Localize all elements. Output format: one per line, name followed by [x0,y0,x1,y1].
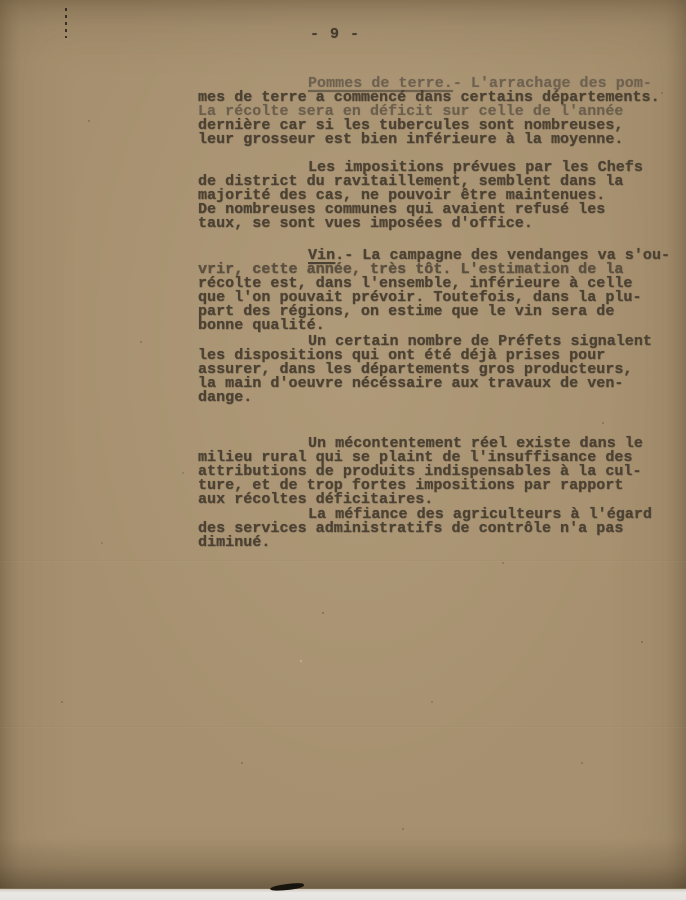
paragraph-prefets: Un certain nombre de Préfets signalentle… [198,335,670,405]
paper-texture-specks [0,0,2,2]
paragraph-vin: Vin.- La campagne des vendanges va s'ou-… [198,249,670,333]
text-line: la main d'oeuvre nécéssaire aux travaux … [198,377,670,391]
text-segment: bonne qualité. [198,317,325,334]
paragraph-impositions: Les impositions prévues par les Chefsde … [198,161,670,231]
text-line: leur grosseur est bien inférieure à la m… [198,133,670,147]
paper-crease [0,726,686,728]
page-number: - 9 - [310,26,360,43]
text-line: taux, se sont vues imposées d'office. [198,217,670,231]
text-line: dange. [198,391,670,405]
paragraph-mecontentement: Un mécontentement réel existe dans lemil… [198,437,670,507]
text-segment: taux, se sont vues imposées d'office. [198,215,533,232]
page-bottom-edge-shadow [0,838,686,888]
text-line: diminué. [198,536,670,550]
scanner-background-strip [0,888,686,900]
text-line: bonne qualité. [198,319,670,333]
text-segment: dange. [198,389,252,406]
margin-dash-mark [65,8,67,38]
paragraph-pommes-de-terre: Pommes de terre.- L'arrachage des pom-me… [198,77,670,147]
text-segment: la main d'oeuvre nécéssaire aux travaux … [198,375,623,392]
typed-text-block: Pommes de terre.- L'arrachage des pom-me… [198,77,670,550]
scanned-page: - 9 - Pommes de terre.- L'arrachage des … [0,0,686,900]
text-segment: leur grosseur est bien inférieure à la m… [198,131,623,148]
text-segment: diminué. [198,534,270,551]
paragraph-mefiance: La méfiance des agriculteurs à l'égardde… [198,508,670,550]
paper-crease [0,560,686,562]
text-line: aux récoltes déficitaires. [198,493,670,507]
